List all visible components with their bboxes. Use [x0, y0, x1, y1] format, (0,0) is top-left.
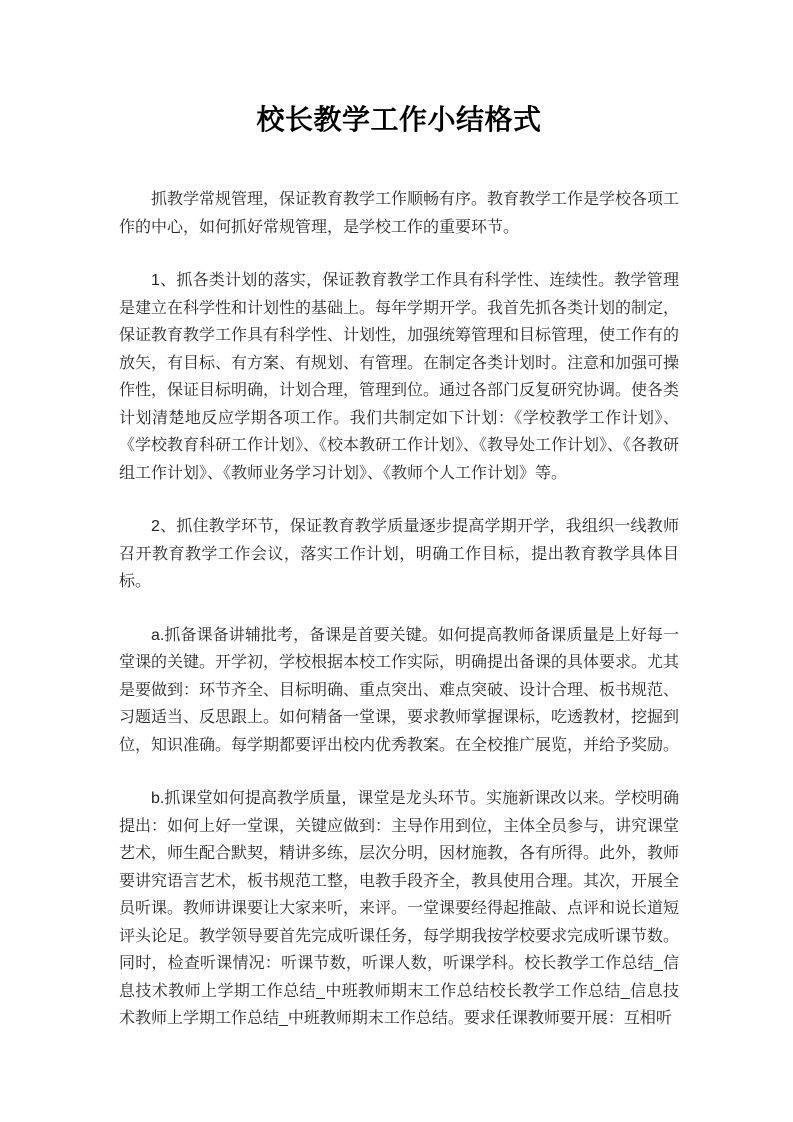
document-page: 校长教学工作小结格式 抓教学常规管理，保证教育教学工作顺畅有序。教育教学工作是学…: [0, 0, 793, 1122]
document-content: 校长教学工作小结格式 抓教学常规管理，保证教育教学工作顺畅有序。教育教学工作是学…: [0, 0, 793, 1033]
paragraph-point-1: 1、抓各类计划的落实，保证教育教学工作具有科学性、连续性。教学管理是建立在科学性…: [119, 267, 679, 487]
paragraph-point-b: b.抓课堂如何提高教学质量，课堂是龙头环节。实施新课改以来。学校明确提出：如何上…: [119, 785, 679, 1033]
paragraph-point-a: a.抓备课备讲辅批考，备课是首要关键。如何提高教师备课质量是上好每一堂课的关键。…: [119, 622, 679, 760]
paragraph-point-2: 2、抓住教学环节，保证教育教学质量逐步提高学期开学，我组织一线教师召开教育教学工…: [119, 513, 679, 596]
document-title: 校长教学工作小结格式: [119, 100, 679, 140]
paragraph-intro: 抓教学常规管理，保证教育教学工作顺畅有序。教育教学工作是学校各项工作的中心，如何…: [119, 186, 679, 241]
